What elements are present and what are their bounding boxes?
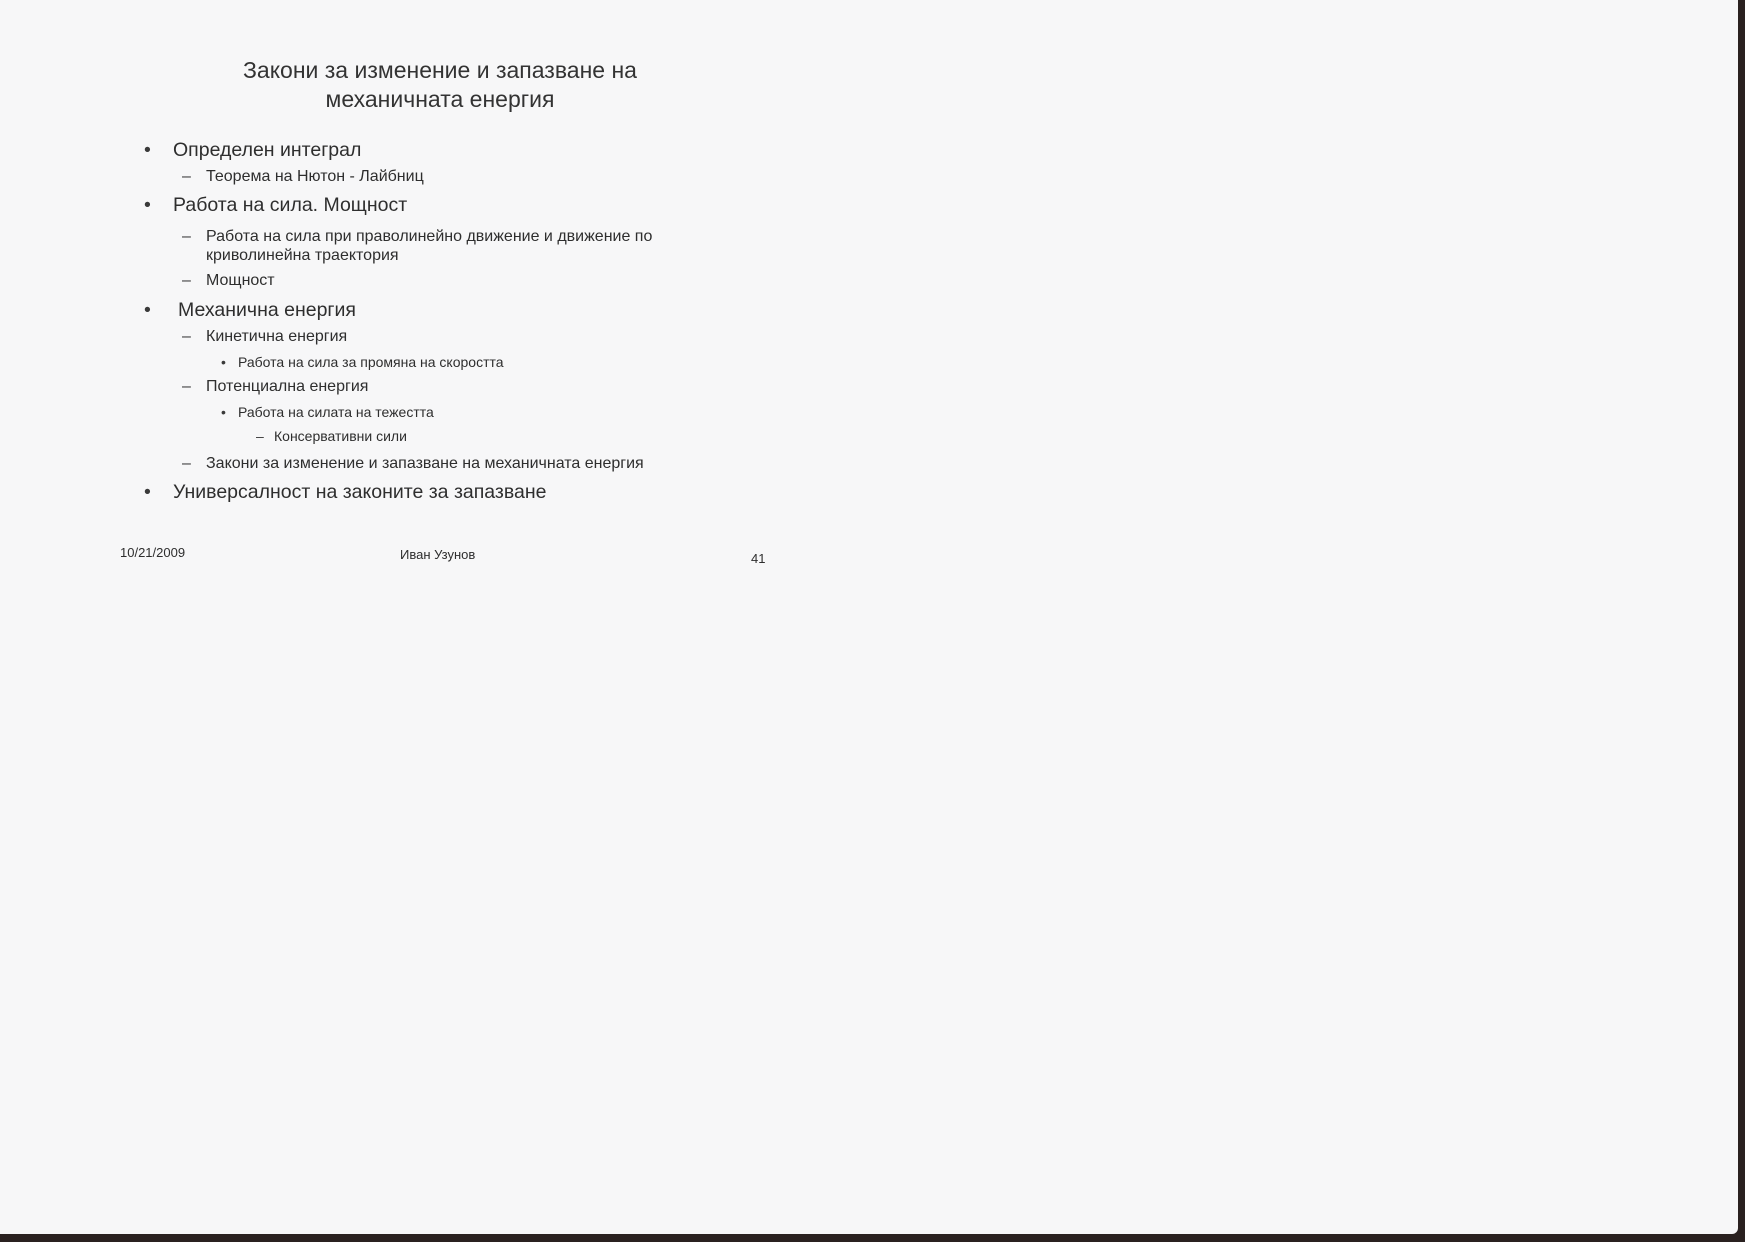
outline-item-text: Механична енергия [178,299,356,322]
bullet-icon: • [144,194,151,217]
dash-icon: – [182,228,191,246]
dash-icon: – [256,428,264,444]
outline-item-text: Закони за изменение и запазване на механ… [206,455,644,473]
outline-item-text: Консервативни сили [274,428,407,444]
outline-item-text: Кинетична енергия [206,328,347,346]
footer-author: Иван Узунов [400,547,475,562]
outline-item-text: Работа на силата на тежестта [238,404,434,420]
slide-title-line-2: механичната енергия [200,85,680,114]
dash-icon: – [182,378,191,396]
bullet-icon: • [144,481,151,504]
outline-item-text: Теорема на Нютон - Лайбниц [206,168,424,186]
outline-item-text: Мощност [206,272,275,290]
bullet-icon: • [221,404,226,420]
outline-item-text: криволинейна траектория [206,247,399,265]
outline-item-text: Потенциална енергия [206,378,368,396]
footer-date: 10/21/2009 [120,545,185,560]
bullet-icon: • [144,299,151,322]
outline-item-text: Универсалност на законите за запазване [173,481,546,504]
slide-title: Закони за изменение и запазване на механ… [200,56,680,114]
outline-item-text: Работа на сила. Мощност [173,194,407,217]
slide-title-line-1: Закони за изменение и запазване на [200,56,680,85]
outline-item-text: Работа на сила при праволинейно движение… [206,228,652,246]
outline-item-text: Работа на сила за промяна на скоростта [238,354,504,370]
dash-icon: – [182,168,191,186]
bullet-icon: • [221,354,226,370]
dash-icon: – [182,272,191,290]
outline-item-text: Определен интеграл [173,139,361,162]
bullet-icon: • [144,139,151,162]
scanned-page: Закони за изменение и запазване на механ… [0,0,1738,1234]
dash-icon: – [182,328,191,346]
footer-page-number: 41 [751,551,765,566]
dash-icon: – [182,455,191,473]
